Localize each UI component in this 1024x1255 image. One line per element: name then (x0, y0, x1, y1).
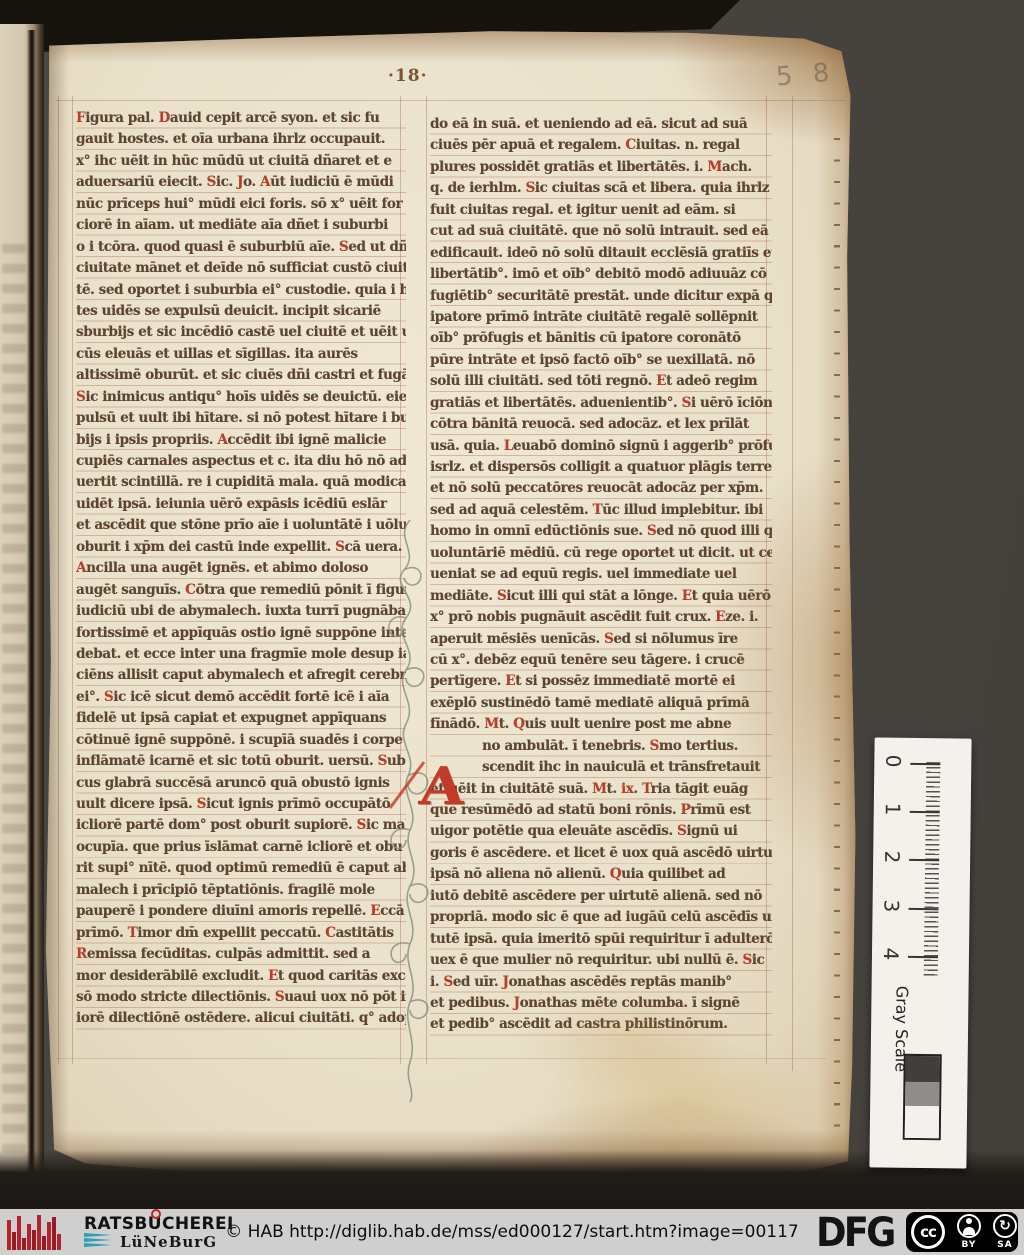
manuscript-line: uigor potētie qua eleuāte ascēdīs. Signū… (430, 821, 772, 842)
ruler-cm-ticks (875, 737, 972, 738)
manuscript-line: et uēit in ciuitātē suā. Mt. ix. Tria tā… (430, 779, 772, 800)
ruler-number: 0 (881, 755, 905, 777)
facing-page-showthrough-text (2, 244, 26, 1164)
manuscript-line: iudiciū ubi de abymalech. iuxta turrī pu… (76, 601, 406, 622)
manuscript-line: o i tcōra. quod quasi ē suburbiū aīe. Se… (76, 237, 406, 258)
manuscript-line: altissimē oburūt. et sic ciuēs dñi castr… (76, 365, 406, 386)
manuscript-line: ei°. Sic icē sicut demō accēdit fortē ic… (76, 687, 406, 708)
manuscript-line: inflāmatē icarnē et sic totū oburit. uer… (76, 751, 406, 772)
manuscript-line: Remissa fecūditas. culpās admittit. sed … (76, 944, 406, 965)
manuscript-line: pauperē i pondere diuīni amoris repellē.… (76, 901, 406, 922)
cc-sa-attribute: ↻ SA (993, 1214, 1017, 1250)
ruler-cm-tick (909, 907, 939, 909)
manuscript-line: no ambulāt. ī tenebris. Smo tertius. (430, 736, 772, 757)
manuscript-line: ipatore prīmō intrāte ciuitātē regalē so… (430, 307, 772, 328)
ruling-vline (58, 96, 59, 1064)
manuscript-line: gauit hostes. et oīa urbana ihrlz occupa… (76, 129, 406, 150)
gutter-shadow (27, 30, 36, 1180)
manuscript-line: malech i prīcipiō tēptatiōnis. fragilē m… (76, 880, 406, 901)
manuscript-line: fortissimē et appīquās ostio ignē suppōn… (76, 623, 406, 644)
manuscript-line: aperuit mēsiēs uenīcās. Sed si nōlumus ī… (430, 629, 772, 650)
manuscript-line: mediāte. Sicut illi qui stāt a lōnge. Et… (430, 586, 772, 607)
manuscript-line: uex ē que mulier nō requiritur. ubi null… (430, 950, 772, 971)
gray-scale-patches (903, 1054, 942, 1140)
manuscript-line: aduersariū eiecit. Sic. Jo. Aūt iudiciū … (76, 172, 406, 193)
manuscript-line: i. Sed uīr. Jonathas ascēdēs reptās mani… (430, 972, 772, 993)
manuscript-line: Sic inimicus antiqu° hoīs uidēs se deuic… (76, 387, 406, 408)
prick-marks-column (834, 138, 840, 1138)
manuscript-line: Figura pal. Dauid cepit arcē syon. et si… (76, 108, 406, 129)
manuscript-line: uertit scintillā. re i cupiditā mala. qu… (76, 472, 406, 493)
manuscript-line: ueniat se ad equū regis. uel immediate u… (430, 564, 772, 585)
manuscript-line: ciēns allisit caput abymalech et afregit… (76, 665, 406, 686)
manuscript-line: pertīgere. Et si possēz immediatē mortē … (430, 671, 772, 692)
gray-patch (905, 1106, 939, 1138)
manuscript-line: oburit i xp̄m dei castū inde expellit. S… (76, 537, 406, 558)
manuscript-line: ciorē in aīam. ut mediāte aīa dñet i sub… (76, 215, 406, 236)
facing-page-edge (0, 24, 44, 1182)
manuscript-column-right: do eā in suā. et ueniendo ad eā. sicut a… (430, 114, 772, 1038)
manuscript-line: tes uidēs se expulsū deuicit. incipit si… (76, 301, 406, 322)
manuscript-line: icliorē partē dom° post oburit supiorē. … (76, 815, 406, 836)
manuscript-line: homo in omnī edūctiōnis sue. Sed nō quod… (430, 521, 772, 542)
manuscript-line: solū illi ciuitāti. sed tōti regnō. Et a… (430, 371, 772, 392)
ruler-cm-tick (910, 763, 940, 765)
manuscript-leaf: ·18· 5 8 Figura pal. Dauid cepit arcē sy… (36, 26, 862, 1182)
manuscript-line: et ascēdit que stōne prīo aīe i uoluntāt… (76, 515, 406, 536)
manuscript-line: debat. et ecce inter una fragmīe mole de… (76, 644, 406, 665)
manuscript-line: tē. sed oportet i suburbia ei° custodie.… (76, 280, 406, 301)
ruling-line-bottom (56, 1058, 826, 1059)
manuscript-line: sō modo stricte dilectiōnis. Suaui uox n… (76, 987, 406, 1008)
manuscript-line: cūs eleuās et uillas et sīgillas. ita au… (76, 344, 406, 365)
manuscript-line: et pedibus. Jonathas mēte columba. ī sig… (430, 993, 772, 1014)
manuscript-line: do eā in suā. et ueniendo ad eā. sicut a… (430, 114, 772, 135)
ruler-cm-tick (910, 811, 940, 813)
ruler-number: 1 (881, 803, 905, 825)
manuscript-line: que resūmēdō ad statū boni rōnis. Prīmū … (430, 800, 772, 821)
manuscript-line: ipsā nō aliena nō alienū. Quia quilibet … (430, 864, 772, 885)
ruler-number: 4 (879, 947, 903, 969)
ruling-vline (792, 96, 793, 1071)
manuscript-line: gratiās et libertātēs. aduenientib°. Si … (430, 393, 772, 414)
manuscript-line: isrlz. et dispersōs colligit a quatuor p… (430, 457, 772, 478)
manuscript-line: uult dicere ipsā. Sicut ignis prīmō occu… (76, 794, 406, 815)
manuscript-line: iorē dilectiōnē ostēdere. alicui ciuitāt… (76, 1008, 406, 1029)
manuscript-line: pulsū et uult ibi hītare. si nō potest h… (76, 408, 406, 429)
manuscript-line: goris ē ascēdere. et licet ē uox quā asc… (430, 843, 772, 864)
manuscript-line: nūc prīceps hui° mūdi eici foris. sō x° … (76, 194, 406, 215)
ruling-line-top (56, 100, 846, 101)
page-heading: ·18· (388, 66, 428, 86)
manuscript-line: augēt sanguīs. Cōtra que remediū pōnit ī… (76, 580, 406, 601)
manuscript-line: fugiētib° securitātē prestāt. unde dicit… (430, 286, 772, 307)
manuscript-line: oīb° prōfugis et bānitis cū ipatore coro… (430, 328, 772, 349)
manuscript-line: cupiēs carnales aspectus et c. ita diu h… (76, 451, 406, 472)
manuscript-line: et pedib° ascēdit ad castra philistinōru… (430, 1014, 772, 1035)
manuscript-line: x° prō nobis pugnāuit ascēdit fuit crux.… (430, 607, 772, 628)
manuscript-line: fuit ciuitas regal. et igitur uenit ad e… (430, 200, 772, 221)
manuscript-line: edificauit. ideō nō solū ditauit ecclēsi… (430, 243, 772, 264)
cc-by-label: BY (962, 1240, 977, 1250)
manuscript-line: fīnādō. Mt. Quis uult uenire post me abn… (430, 714, 772, 735)
cc-by-attribute: BY (957, 1214, 981, 1250)
manuscript-line: sed ad aquā celestēm. Tūc illud implebit… (430, 500, 772, 521)
dfg-logo[interactable]: DFG (816, 1210, 894, 1255)
ruler-cm-tick (908, 956, 938, 958)
cc-sa-arrow-icon: ↻ (993, 1214, 1017, 1238)
footer-bar: RATSBUCHEREI LüNeBurG © HAB http://digli… (0, 1209, 1024, 1255)
manuscript-line: iutō debitē ascēdere per uirtutē alienā.… (430, 886, 772, 907)
ruler-mm-ticks (924, 762, 941, 978)
manuscript-line: ciuitate mānet et deīde nō sufficiat cus… (76, 258, 406, 279)
folio-number-pencil: 5 8 (775, 57, 837, 92)
manuscript-line: et nō solū peccatōres reuocāt adocāz per… (430, 478, 772, 499)
cc-by-person-icon (957, 1214, 981, 1238)
manuscript-line: cōtra bānitā reuocā. sed adocāz. et lex … (430, 414, 772, 435)
ruler-numbers: 01234 (875, 737, 972, 738)
manuscript-line: x° ihc uēit in hūc mūdū ut ciuitā dñaret… (76, 151, 406, 172)
manuscript-line: cut ad suā ciuitātē. que nō solū intraui… (430, 221, 772, 242)
manuscript-line: q. de ierhlm. Sic ciuitas scā et libera.… (430, 178, 772, 199)
cc-logo-icon: cc (911, 1215, 945, 1249)
ruler-cm-tick (909, 859, 939, 861)
manuscript-line: rit supi° nītē. quod optimū remediū ē ca… (76, 858, 406, 879)
manuscript-line: uoluntāriē mēdiū. cū rege oportet ut dic… (430, 543, 772, 564)
manuscript-line: plures possidēt gratiās et libertātēs. i… (430, 157, 772, 178)
manuscript-line: sburbijs et sic incēdiō castē uel ciuitē… (76, 322, 406, 343)
manuscript-line: pūre intrāte et ipsō factō oīb° se uexil… (430, 350, 772, 371)
manuscript-line: cus glabrā succēsā aruncō quā obustō ign… (76, 773, 406, 794)
manuscript-line: mor desiderābilē excludit. Et quod carit… (76, 966, 406, 987)
manuscript-line: propriā. modo sic ē que ad iugāū celū as… (430, 907, 772, 928)
cc-sa-label: SA (997, 1240, 1012, 1250)
manuscript-line: usā. quia. Leuabō dominō signū i aggerib… (430, 436, 772, 457)
penwork-flourish (380, 518, 438, 1104)
manuscript-line: bijs i ipsis propriis. Accēdit ibi ignē … (76, 430, 406, 451)
manuscript-line: prīmō. Timor dm̄ expellit peccatū. Casti… (76, 923, 406, 944)
manuscript-line: ocupīa. que prius īslāmat carnē icliorē … (76, 837, 406, 858)
manuscript-line: ciuēs pēr apuā et regalem. Ciuitas. n. r… (430, 135, 772, 156)
gray-patch (905, 1082, 939, 1106)
manuscript-line: scendit ihc in nauiculā et trānsfretauit (430, 757, 772, 778)
ruling-vline (72, 96, 73, 1064)
gray-patch (905, 1056, 939, 1082)
ruler-number: 2 (880, 851, 904, 873)
ruler-number: 3 (879, 899, 903, 921)
manuscript-line: fidelē ut ipsā capiat et expugnet appīqu… (76, 708, 406, 729)
cc-license-badge[interactable]: cc BY ↻ SA (906, 1212, 1018, 1252)
gray-scale-ruler: 01234 Gray Scale (869, 737, 971, 1168)
manuscript-photo-viewer: ·18· 5 8 Figura pal. Dauid cepit arcē sy… (0, 0, 1024, 1255)
manuscript-line: uidēt ipsā. ieiunia uērō expāsis icēdiū … (76, 494, 406, 515)
manuscript-line: tutē ipsā. quia imeritō spūi requiritur … (430, 929, 772, 950)
manuscript-line: exēplō sustinēdō tamē mediatē aliquā prī… (430, 693, 772, 714)
manuscript-line: cū x°. debēz equū tenēre seu tāgere. i c… (430, 650, 772, 671)
manuscript-line: cōtinuē ignē suppōnē. i scupīā suadēs i … (76, 730, 406, 751)
manuscript-line: Ancilla una augēt ignēs. et abimo doloso (76, 558, 406, 579)
manuscript-column-left: Figura pal. Dauid cepit arcē syon. et si… (76, 108, 406, 1032)
manuscript-line: libertātib°. imō et oīb° debitō modō adi… (430, 264, 772, 285)
